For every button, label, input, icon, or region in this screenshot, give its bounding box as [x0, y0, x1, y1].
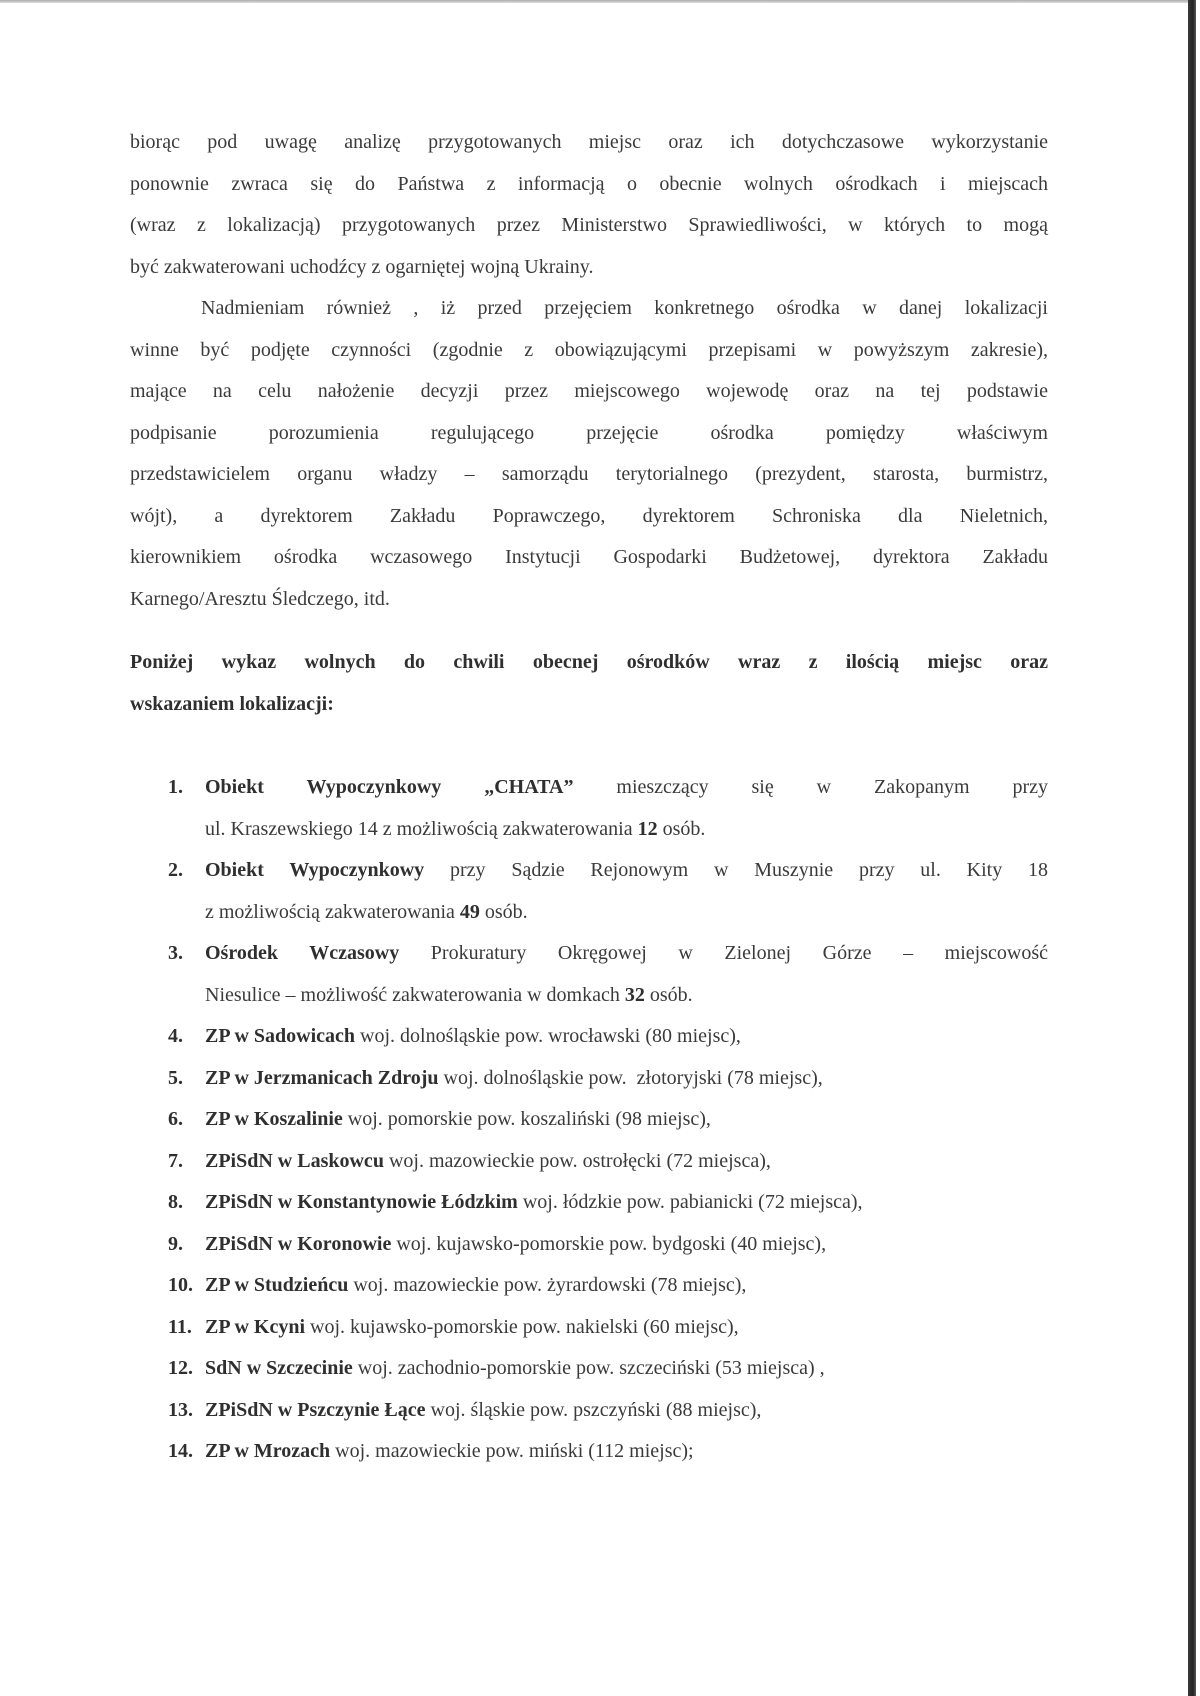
text-line: (wraz z lokalizacją) przygotowanych prze… — [130, 205, 1048, 247]
document-page: biorąc pod uwagę analizę przygotowanych … — [130, 122, 1048, 1473]
facility-details: osób. — [480, 901, 528, 923]
facility-details: woj. dolnośląskie pow. wrocławski (80 mi… — [355, 1025, 741, 1047]
facility-details: woj. mazowieckie pow. miński (112 miejsc… — [330, 1440, 693, 1462]
item-number: 13. — [168, 1390, 193, 1432]
facility-name: ZP w Koszalinie — [205, 1108, 343, 1130]
facility-name: Obiekt Wypoczynkowy — [205, 859, 424, 881]
facility-name: Obiekt Wypoczynkowy „CHATA” — [205, 776, 573, 798]
item-number: 1. — [168, 767, 183, 809]
facility-details: mieszczący się w Zakopanym przy — [573, 776, 1048, 798]
facility-capacity: 49 — [460, 901, 480, 923]
facility-capacity: 12 — [638, 818, 658, 840]
facilities-list: 1. Obiekt Wypoczynkowy „CHATA” mieszcząc… — [130, 767, 1048, 1473]
facility-item: 14. ZP w Mrozach woj. mazowieckie pow. m… — [130, 1431, 1048, 1473]
item-number: 2. — [168, 850, 183, 892]
facility-item: 10. ZP w Studzieńcu woj. mazowieckie pow… — [130, 1265, 1048, 1307]
scan-right-edge — [1188, 0, 1196, 1696]
text-line: być zakwaterowani uchodźcy z ogarniętej … — [130, 247, 1048, 289]
scan-top-edge — [0, 0, 1188, 3]
item-number: 3. — [168, 933, 183, 975]
facility-details: Niesulice – możliwość zakwaterowania w d… — [205, 984, 625, 1006]
facility-name: ZP w Jerzmanicach Zdroju — [205, 1067, 439, 1089]
facility-item: 13. ZPiSdN w Pszczynie Łące woj. śląskie… — [130, 1390, 1048, 1432]
facility-item: 1. Obiekt Wypoczynkowy „CHATA” mieszcząc… — [130, 767, 1048, 850]
text-line: mające na celu nałożenie decyzji przez m… — [130, 371, 1048, 413]
facility-name: ZP w Sadowicach — [205, 1025, 355, 1047]
facility-item: 7. ZPiSdN w Laskowcu woj. mazowieckie po… — [130, 1141, 1048, 1183]
item-number: 6. — [168, 1099, 183, 1141]
text-line: kierownikiem ośrodka wczasowego Instytuc… — [130, 537, 1048, 579]
facility-item: 3. Ośrodek Wczasowy Prokuratury Okręgowe… — [130, 933, 1048, 1016]
item-number: 11. — [168, 1307, 192, 1349]
text-line: winne być podjęte czynności (zgodnie z o… — [130, 330, 1048, 372]
facility-name: ZP w Mrozach — [205, 1440, 330, 1462]
item-line: z możliwością zakwaterowania 49 osób. — [205, 892, 1048, 934]
procedure-paragraph: Nadmieniam również , iż przed przejęciem… — [130, 288, 1048, 620]
facility-details: woj. śląskie pow. pszczyński (88 miejsc)… — [426, 1399, 762, 1421]
item-line: Obiekt Wypoczynkowy przy Sądzie Rejonowy… — [205, 850, 1048, 892]
facility-name: ZP w Kcyni — [205, 1316, 305, 1338]
item-number: 8. — [168, 1182, 183, 1224]
item-number: 9. — [168, 1224, 183, 1266]
facility-capacity: 32 — [625, 984, 645, 1006]
facility-item: 8. ZPiSdN w Konstantynowie Łódzkim woj. … — [130, 1182, 1048, 1224]
facility-name: SdN w Szczecinie — [205, 1357, 353, 1379]
facility-details: woj. dolnośląskie pow. złotoryjski (78 m… — [439, 1067, 823, 1089]
facility-details: Prokuratury Okręgowej w Zielonej Górze –… — [399, 942, 1048, 964]
item-number: 5. — [168, 1058, 183, 1100]
item-line: ul. Kraszewskiego 14 z możliwością zakwa… — [205, 809, 1048, 851]
facility-details: woj. łódzkie pow. pabianicki (72 miejsca… — [518, 1191, 863, 1213]
facility-details: woj. mazowieckie pow. ostrołęcki (72 mie… — [384, 1150, 771, 1172]
item-number: 12. — [168, 1348, 193, 1390]
facility-details: woj. pomorskie pow. koszaliński (98 miej… — [343, 1108, 711, 1130]
text-line: podpisanie porozumienia regulującego prz… — [130, 413, 1048, 455]
heading-line: wskazaniem lokalizacji: — [130, 684, 1048, 726]
facility-details: woj. mazowieckie pow. żyrardowski (78 mi… — [348, 1274, 746, 1296]
facility-item: 5. ZP w Jerzmanicach Zdroju woj. dolnośl… — [130, 1058, 1048, 1100]
text-line: przedstawicielem organu władzy – samorzą… — [130, 454, 1048, 496]
facility-details: woj. zachodnio-pomorskie pow. szczecińsk… — [353, 1357, 825, 1379]
facility-details: przy Sądzie Rejonowym w Muszynie przy ul… — [424, 859, 1048, 881]
facilities-heading: Poniżej wykaz wolnych do chwili obecnej … — [130, 642, 1048, 725]
item-number: 7. — [168, 1141, 183, 1183]
facility-item: 9. ZPiSdN w Koronowie woj. kujawsko-pomo… — [130, 1224, 1048, 1266]
intro-paragraph: biorąc pod uwagę analizę przygotowanych … — [130, 122, 1048, 288]
text-line: Nadmieniam również , iż przed przejęciem… — [130, 288, 1048, 330]
facility-details: woj. kujawsko-pomorskie pow. nakielski (… — [305, 1316, 739, 1338]
facility-item: 12. SdN w Szczecinie woj. zachodnio-pomo… — [130, 1348, 1048, 1390]
text-line: ponownie zwraca się do Państwa z informa… — [130, 164, 1048, 206]
facility-item: 6. ZP w Koszalinie woj. pomorskie pow. k… — [130, 1099, 1048, 1141]
item-number: 4. — [168, 1016, 183, 1058]
facility-name: ZPiSdN w Koronowie — [205, 1233, 391, 1255]
text-line: wójt), a dyrektorem Zakładu Poprawczego,… — [130, 496, 1048, 538]
facility-item: 2. Obiekt Wypoczynkowy przy Sądzie Rejon… — [130, 850, 1048, 933]
facility-name: ZPiSdN w Konstantynowie Łódzkim — [205, 1191, 518, 1213]
facility-name: Ośrodek Wczasowy — [205, 942, 399, 964]
facility-name: ZPiSdN w Pszczynie Łące — [205, 1399, 426, 1421]
text-line: biorąc pod uwagę analizę przygotowanych … — [130, 122, 1048, 164]
facility-item: 11. ZP w Kcyni woj. kujawsko-pomorskie p… — [130, 1307, 1048, 1349]
heading-line: Poniżej wykaz wolnych do chwili obecnej … — [130, 642, 1048, 684]
facility-details: osób. — [658, 818, 706, 840]
facility-item: 4. ZP w Sadowicach woj. dolnośląskie pow… — [130, 1016, 1048, 1058]
item-number: 14. — [168, 1431, 193, 1473]
facility-details: osób. — [645, 984, 693, 1006]
text-line: Karnego/Aresztu Śledczego, itd. — [130, 579, 1048, 621]
facility-details: woj. kujawsko-pomorskie pow. bydgoski (4… — [391, 1233, 826, 1255]
facility-details: ul. Kraszewskiego 14 z możliwością zakwa… — [205, 818, 638, 840]
item-line: Ośrodek Wczasowy Prokuratury Okręgowej w… — [205, 933, 1048, 975]
facility-name: ZPiSdN w Laskowcu — [205, 1150, 384, 1172]
item-line: Niesulice – możliwość zakwaterowania w d… — [205, 975, 1048, 1017]
item-number: 10. — [168, 1265, 193, 1307]
item-line: Obiekt Wypoczynkowy „CHATA” mieszczący s… — [205, 767, 1048, 809]
facility-details: z możliwością zakwaterowania — [205, 901, 460, 923]
facility-name: ZP w Studzieńcu — [205, 1274, 348, 1296]
